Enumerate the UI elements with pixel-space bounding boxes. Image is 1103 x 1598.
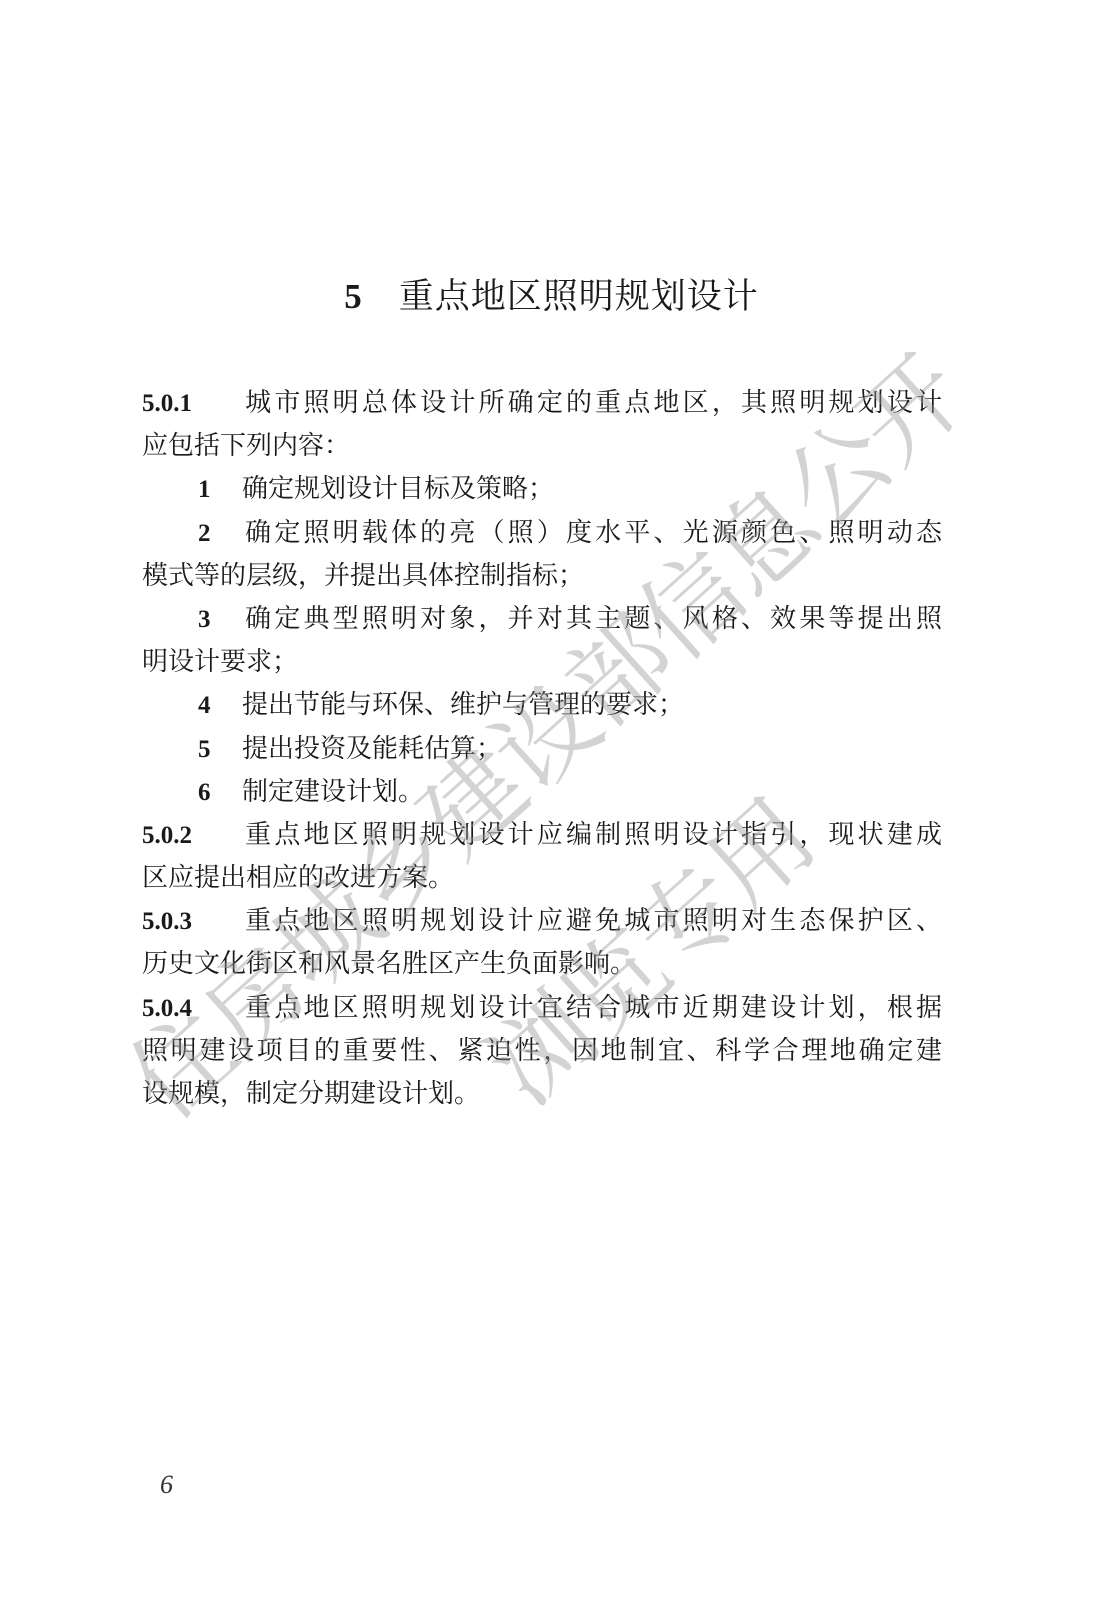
clause-5-0-4: 5.0.4重点地区照明规划设计宜结合城市近期建设计划，根据 [142, 987, 942, 1030]
item-number: 2 [198, 512, 242, 555]
document-page: 5重点地区照明规划设计 5.0.1城市照明总体设计所确定的重点地区，其照明规划设… [0, 0, 1103, 1598]
item-text-line: 明设计要求； [142, 641, 942, 684]
clause-number: 5.0.3 [142, 900, 242, 943]
clause-text-line: 照明建设项目的重要性、紧迫性，因地制宜、科学合理地确定建 [142, 1030, 942, 1073]
chapter-title: 5重点地区照明规划设计 [0, 272, 1103, 322]
clause-text: 应包括下列内容： [142, 431, 350, 461]
item-text: 确定规划设计目标及策略； [242, 474, 554, 504]
clause-number: 5.0.2 [142, 814, 242, 857]
item-number: 5 [198, 728, 242, 771]
item-text: 提出投资及能耗估算； [242, 734, 502, 764]
item-number: 1 [198, 468, 242, 511]
item-text: 制定建设计划。 [242, 777, 424, 807]
item-number: 3 [198, 598, 242, 641]
clause-text-line: 应包括下列内容： [142, 425, 942, 468]
list-item: 3确定典型照明对象，并对其主题、风格、效果等提出照 [142, 598, 942, 641]
clause-text-line: 区应提出相应的改进方案。 [142, 857, 942, 900]
item-text: 模式等的层级，并提出具体控制指标； [142, 561, 584, 591]
list-item: 1确定规划设计目标及策略； [142, 468, 942, 511]
list-item: 6制定建设计划。 [142, 771, 942, 814]
item-number: 6 [198, 771, 242, 814]
page-number: 6 [160, 1470, 173, 1500]
chapter-body: 5.0.1城市照明总体设计所确定的重点地区，其照明规划设计 应包括下列内容： 1… [142, 382, 942, 1116]
clause-text: 重点地区照明规划设计应编制照明设计指引，现状建成 [242, 820, 942, 850]
item-text-line: 模式等的层级，并提出具体控制指标； [142, 555, 942, 598]
chapter-title-text: 重点地区照明规划设计 [399, 277, 759, 317]
item-number: 4 [198, 684, 242, 727]
clause-5-0-1: 5.0.1城市照明总体设计所确定的重点地区，其照明规划设计 [142, 382, 942, 425]
clause-5-0-3: 5.0.3重点地区照明规划设计应避免城市照明对生态保护区、 [142, 900, 942, 943]
clause-text: 设规模，制定分期建设计划。 [142, 1079, 480, 1109]
clause-text: 重点地区照明规划设计宜结合城市近期建设计划，根据 [242, 993, 942, 1023]
item-text: 确定照明载体的亮（照）度水平、光源颜色、照明动态 [242, 518, 942, 548]
clause-text: 区应提出相应的改进方案。 [142, 863, 454, 893]
clause-text: 历史文化街区和风景名胜区产生负面影响。 [142, 949, 636, 979]
clause-number: 5.0.4 [142, 987, 242, 1030]
item-text: 提出节能与环保、维护与管理的要求； [242, 690, 684, 720]
chapter-number: 5 [344, 277, 363, 316]
clause-text: 重点地区照明规划设计应避免城市照明对生态保护区、 [242, 906, 942, 936]
item-text: 确定典型照明对象，并对其主题、风格、效果等提出照 [242, 604, 942, 634]
list-item: 2确定照明载体的亮（照）度水平、光源颜色、照明动态 [142, 512, 942, 555]
clause-text-line: 设规模，制定分期建设计划。 [142, 1073, 942, 1116]
clause-number: 5.0.1 [142, 382, 242, 425]
clause-5-0-2: 5.0.2重点地区照明规划设计应编制照明设计指引，现状建成 [142, 814, 942, 857]
item-text: 明设计要求； [142, 647, 298, 677]
list-item: 4提出节能与环保、维护与管理的要求； [142, 684, 942, 727]
clause-text: 城市照明总体设计所确定的重点地区，其照明规划设计 [242, 388, 942, 418]
list-item: 5提出投资及能耗估算； [142, 728, 942, 771]
clause-text: 照明建设项目的重要性、紧迫性，因地制宜、科学合理地确定建 [142, 1036, 942, 1066]
clause-text-line: 历史文化街区和风景名胜区产生负面影响。 [142, 943, 942, 986]
